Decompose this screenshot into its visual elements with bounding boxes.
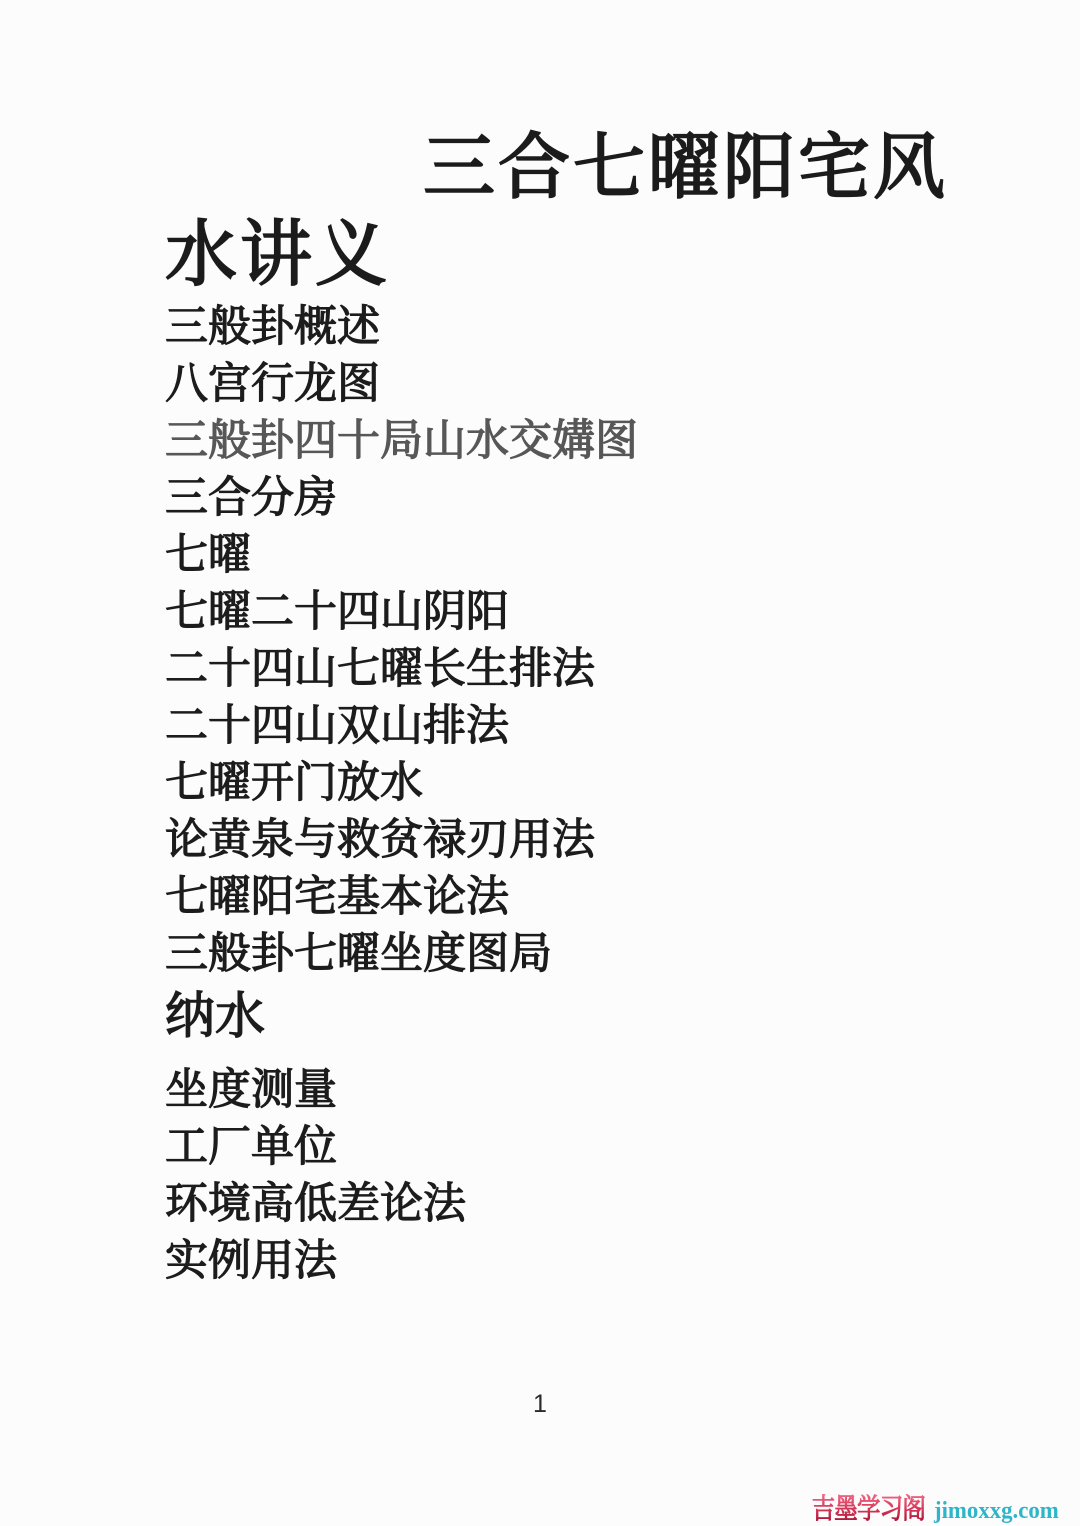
toc-item: 纳水 bbox=[165, 985, 960, 1047]
toc-item: 七曜 bbox=[165, 527, 960, 584]
toc-item: 三般卦四十局山水交媾图 bbox=[165, 413, 960, 470]
toc-item: 实例用法 bbox=[165, 1233, 960, 1290]
watermark-site-url: jimoxxg.com bbox=[934, 1498, 1059, 1524]
document-page: 三合七曜阳宅风水讲义 三般卦概述 八宫行龙图 三般卦四十局山水交媾图 三合分房 … bbox=[0, 0, 1080, 1526]
toc-item: 七曜开门放水 bbox=[165, 755, 960, 812]
toc-item: 二十四山七曜长生排法 bbox=[165, 641, 960, 698]
page-number: 1 bbox=[0, 1392, 1080, 1417]
toc-item: 三般卦概述 bbox=[165, 299, 960, 356]
toc-item: 环境高低差论法 bbox=[165, 1176, 960, 1233]
toc-item: 七曜阳宅基本论法 bbox=[165, 869, 960, 926]
toc-item: 工厂单位 bbox=[165, 1119, 960, 1176]
watermark: 吉墨学习阁 jimoxxg.com bbox=[790, 1494, 1065, 1524]
toc-item: 二十四山双山排法 bbox=[165, 698, 960, 755]
toc-item: 七曜二十四山阴阳 bbox=[165, 584, 960, 641]
toc-item: 三般卦七曜坐度图局 bbox=[165, 926, 960, 983]
toc-item: 八宫行龙图 bbox=[165, 356, 960, 413]
document-title: 三合七曜阳宅风水讲义 bbox=[165, 125, 960, 299]
toc-item: 坐度测量 bbox=[165, 1062, 960, 1119]
toc-item: 三合分房 bbox=[165, 470, 960, 527]
watermark-site-name: 吉墨学习阁 bbox=[811, 1494, 924, 1524]
toc-item: 论黄泉与救贫禄刃用法 bbox=[165, 812, 960, 869]
table-of-contents: 三般卦概述 八宫行龙图 三般卦四十局山水交媾图 三合分房 七曜 七曜二十四山阴阳… bbox=[165, 299, 960, 1290]
